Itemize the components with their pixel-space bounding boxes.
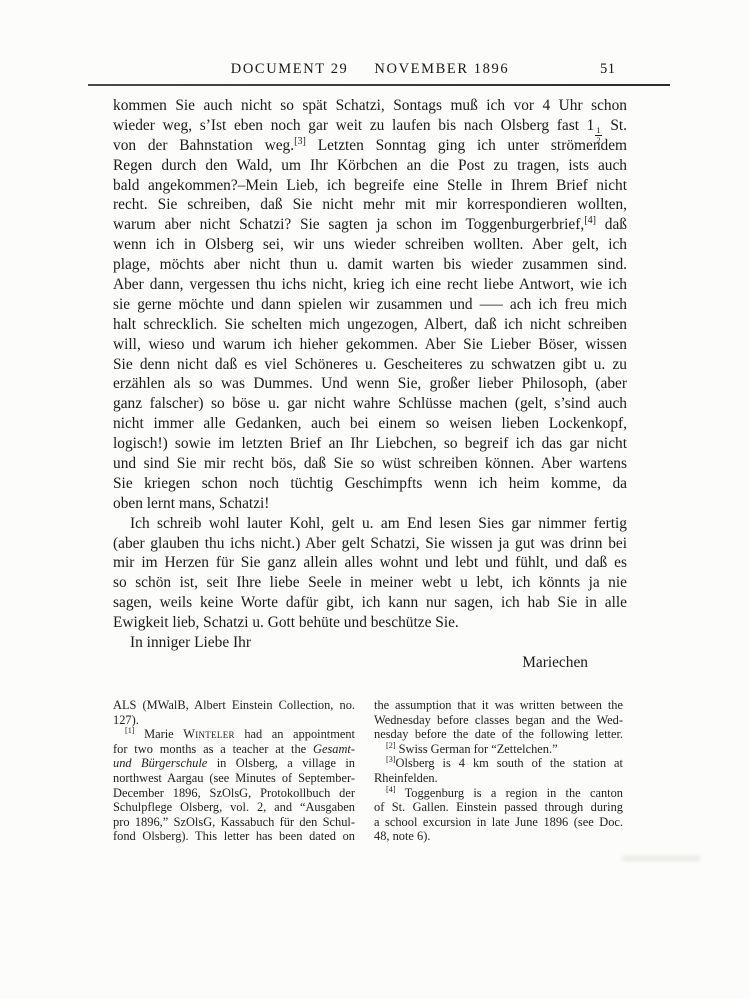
text-segment: will, wieso und warum ich hieher gekomme… [113, 336, 627, 353]
text-segment: plage, möchts aber nicht thun u. damit w… [113, 256, 627, 273]
text-segment: (aber glauben thu ichs nicht.) Aber gelt… [113, 535, 627, 552]
italic-text: und Bürgerschule [113, 756, 207, 770]
book-page: DOCUMENT 29NOVEMBER 1896 51 kommen Sie a… [0, 0, 750, 999]
text-segment: Regen durch den Wald, um Ihr Körbchen an… [113, 157, 627, 174]
footnote-marker: [3] [386, 755, 396, 764]
letter-line: mir im Herzen für Sie ganz allein alles … [113, 553, 627, 573]
text-segment: Sie denn nicht daß es viel Schöneres u. … [113, 356, 627, 373]
signature: Mariechen [113, 653, 627, 673]
italic-text: Gesamt- [313, 742, 355, 756]
scan-artifact [622, 856, 700, 861]
footnote-line: [3]Olsberg is 4 km south of the station … [374, 756, 623, 771]
text-segment: Letzten Sonntag ging ich unter strömende… [306, 137, 627, 154]
small-caps-name: Winteler [183, 727, 235, 741]
document-date: NOVEMBER 1896 [374, 61, 509, 77]
text-segment: sagen, weils keine Worte dafür gibt, ich… [113, 594, 627, 611]
footnote-line: of St. Gallen. Einstein passed through d… [374, 800, 623, 815]
text-segment: Swiss German for “Zettelchen.” [396, 742, 558, 756]
letter-line: warum aber nicht Schatzi? Sie sagten ja … [113, 215, 627, 235]
footnote-line: [1] Marie Winteler had an appointment [113, 727, 355, 742]
letter-line: sagen, weils keine Worte dafür gibt, ich… [113, 593, 627, 613]
letter-line: bald angekommen?–Mein Lieb, ich begreife… [113, 176, 627, 196]
footnote-line: Wednesday before classes began and the W… [374, 713, 623, 728]
text-segment: Olsberg is 4 km south of the station at [396, 756, 623, 770]
text-segment: Aber dann, vergessen thu ichs nicht, kri… [113, 276, 627, 293]
text-segment: 127). [113, 713, 139, 727]
text-segment: Rheinfelden. [374, 771, 438, 785]
letter-line: ganz falscher) so böse u. gar nicht wahr… [113, 394, 627, 414]
text-segment: had an appointment [235, 727, 355, 741]
text-segment: wenn ich in Olsberg sei, wir uns wieder … [113, 236, 627, 253]
text-segment: kommen Sie auch nicht so spät Schatzi, S… [113, 97, 627, 114]
letter-line: Sie kriegen schon noch tüchtig Geschimpf… [113, 474, 627, 494]
letter-line: (aber glauben thu ichs nicht.) Aber gelt… [113, 534, 627, 554]
footnote-marker: [4] [386, 784, 396, 793]
text-segment: Wednesday before classes began and the W… [374, 713, 623, 727]
footnote-line: a school excursion in late June 1896 (se… [374, 815, 623, 830]
text-segment: Marie [135, 727, 184, 741]
letter-line: Regen durch den Wald, um Ihr Körbchen an… [113, 156, 627, 176]
text-segment: und sind Sie mir recht bös, daß Sie so w… [113, 455, 627, 472]
text-segment: warum aber nicht Schatzi? Sie sagten ja … [113, 216, 584, 233]
letter-line: logisch!) sowie im letzten Brief an Ihr … [113, 434, 627, 454]
footnote-line: Rheinfelden. [374, 771, 623, 786]
text-segment: Toggenburg is a region in the canton [396, 786, 623, 800]
letter-line: plage, möchts aber nicht thun u. damit w… [113, 255, 627, 275]
text-segment: for two months as a teacher at the [113, 742, 313, 756]
text-segment: Ich schreib wohl lauter Kohl, gelt u. am… [130, 515, 627, 532]
footnote-line: fond Olsberg). This letter has been date… [113, 829, 355, 844]
text-segment: recht. Sie schreiben, daß Sie nicht mehr… [113, 196, 627, 213]
footnote-line: the assumption that it was written betwe… [374, 698, 623, 713]
text-segment: logisch!) sowie im letzten Brief an Ihr … [113, 435, 627, 452]
footnote-line: ALS (MWalB, Albert Einstein Collection, … [113, 698, 355, 713]
letter-line: oben lernt mans, Schatzi! [113, 494, 627, 514]
text-segment: a school excursion in late June 1896 (se… [374, 815, 623, 829]
text-segment: nicht immer alle Gedanken, auch bei eine… [113, 415, 627, 432]
footnote-marker: [4] [584, 215, 596, 226]
letter-line: wieder weg, s’Ist eben noch gar weit zu … [113, 116, 627, 136]
letter-line: sie gerne möchte und dann spielen wir zu… [113, 295, 627, 315]
page-header: DOCUMENT 29NOVEMBER 1896 [113, 61, 627, 78]
document-number: DOCUMENT 29 [231, 61, 349, 77]
text-segment: so schön ist, seit Ihre liebe Seele in m… [113, 574, 627, 591]
footnote-line: for two months as a teacher at the Gesam… [113, 742, 355, 757]
footnote-line: Schulpflege Olsberg, vol. 2, and “Ausgab… [113, 800, 355, 815]
text-segment: wieder weg, s’Ist eben noch gar weit zu … [113, 117, 594, 134]
footnote-line: December 1896, SzOlsG, Protokollbuch der [113, 786, 355, 801]
letter-line: Ich schreib wohl lauter Kohl, gelt u. am… [113, 514, 627, 534]
letter-line: wenn ich in Olsberg sei, wir uns wieder … [113, 235, 627, 255]
letter-line: In inniger Liebe Ihr [113, 633, 627, 653]
text-segment: in Olsberg, a village in [207, 756, 355, 770]
text-segment: oben lernt mans, Schatzi! [113, 495, 269, 512]
letter-line: Ewigkeit lieb, Schatzi u. Gott behüte un… [113, 613, 627, 633]
letter-line: erzählen als so was Dummes. Und wenn Sie… [113, 374, 627, 394]
letter-line: Sie denn nicht daß es viel Schöneres u. … [113, 355, 627, 375]
text-segment: fond Olsberg). This letter has been date… [113, 829, 355, 843]
letter-line: von der Bahnstation weg.[3] Letzten Sonn… [113, 136, 627, 156]
letter-line: will, wieso und warum ich hieher gekomme… [113, 335, 627, 355]
text-segment: In inniger Liebe Ihr [130, 634, 251, 651]
letter-line: nicht immer alle Gedanken, auch bei eine… [113, 414, 627, 434]
text-segment: Schulpflege Olsberg, vol. 2, and “Ausgab… [113, 800, 355, 814]
text-segment: bald angekommen?–Mein Lieb, ich begreife… [113, 177, 627, 194]
text-segment: von der Bahnstation weg. [113, 137, 294, 154]
footnotes-left-column: ALS (MWalB, Albert Einstein Collection, … [113, 698, 355, 844]
text-segment: sie gerne möchte und dann spielen wir zu… [113, 296, 627, 313]
footnote-line: [4] Toggenburg is a region in the canton [374, 786, 623, 801]
text-segment: pro 1896,” SzOlsG, Kassabuch für den Sch… [113, 815, 355, 829]
text-segment: ALS (MWalB, Albert Einstein Collection, … [113, 698, 355, 712]
footnote-line: 127). [113, 713, 355, 728]
footnote-marker: [3] [294, 136, 306, 147]
text-segment: 48, note 6). [374, 829, 430, 843]
footnote-line: [2] Swiss German for “Zettelchen.” [374, 742, 623, 757]
text-segment: Mariechen [522, 654, 588, 671]
footnote-line: und Bürgerschule in Olsberg, a village i… [113, 756, 355, 771]
footnote-line: nesday before the date of the following … [374, 727, 623, 742]
text-segment: mir im Herzen für Sie ganz allein alles … [113, 554, 627, 571]
page-number: 51 [600, 61, 640, 78]
letter-line: Aber dann, vergessen thu ichs nicht, kri… [113, 275, 627, 295]
footnotes-right-column: the assumption that it was written betwe… [374, 698, 623, 844]
footnote-line: 48, note 6). [374, 829, 623, 844]
footnote-marker: [1] [125, 726, 135, 735]
text-segment: daß [596, 216, 627, 233]
text-segment: of St. Gallen. Einstein passed through d… [374, 800, 623, 814]
letter-line: recht. Sie schreiben, daß Sie nicht mehr… [113, 195, 627, 215]
footnote-line: northwest Aargau (see Minutes of Septemb… [113, 771, 355, 786]
text-segment: Ewigkeit lieb, Schatzi u. Gott behüte un… [113, 614, 459, 631]
text-segment: halt schrecklich. Sie schelten mich unge… [113, 316, 627, 333]
text-segment: nesday before the date of the following … [374, 727, 623, 741]
text-segment: Sie kriegen schon noch tüchtig Geschimpf… [113, 475, 627, 492]
letter-line: kommen Sie auch nicht so spät Schatzi, S… [113, 96, 627, 116]
letter-line: und sind Sie mir recht bös, daß Sie so w… [113, 454, 627, 474]
text-segment: St. [603, 117, 627, 134]
text-segment: December 1896, SzOlsG, Protokollbuch der [113, 786, 355, 800]
footnote-marker: [2] [386, 741, 396, 750]
letter-body: kommen Sie auch nicht so spät Schatzi, S… [113, 96, 627, 673]
letter-line: so schön ist, seit Ihre liebe Seele in m… [113, 573, 627, 593]
text-segment: erzählen als so was Dummes. Und wenn Sie… [113, 375, 627, 392]
footnotes: ALS (MWalB, Albert Einstein Collection, … [113, 698, 627, 844]
letter-line: halt schrecklich. Sie schelten mich unge… [113, 315, 627, 335]
header-rule [88, 84, 670, 86]
footnote-line: pro 1896,” SzOlsG, Kassabuch für den Sch… [113, 815, 355, 830]
text-segment: northwest Aargau (see Minutes of Septemb… [113, 771, 355, 785]
text-segment: ganz falscher) so böse u. gar nicht wahr… [113, 395, 627, 412]
text-segment: the assumption that it was written betwe… [374, 698, 623, 712]
